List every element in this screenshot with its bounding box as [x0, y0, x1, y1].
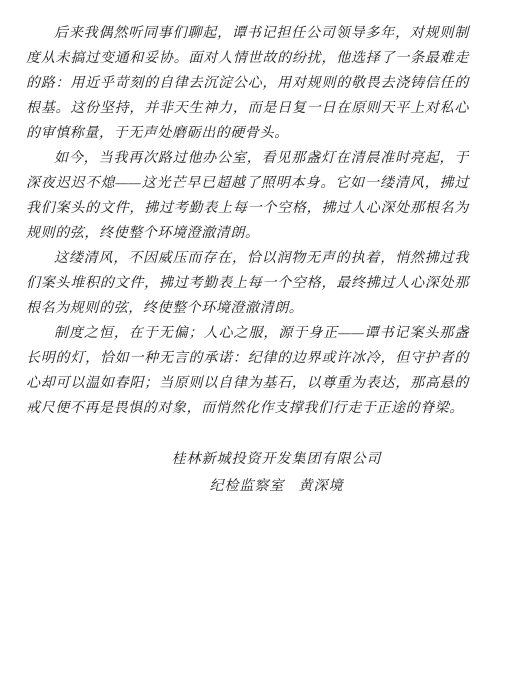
signature-organization: 桂林新城投资开发集团有限公司	[84, 446, 469, 473]
signature-department: 纪检监察室	[210, 479, 285, 494]
paragraph-3: 这缕清风，不因威压而存在，恰以润物无声的执着，悄然拂过我们案头堆积的文件，拂过考…	[26, 246, 469, 321]
document-page: 后来我偶然听同事们聊起，谭书记担任公司领导多年，对规则制度从未搞过变通和妥协。面…	[0, 0, 507, 693]
signature-author: 黄深境	[299, 479, 344, 494]
paragraph-1: 后来我偶然听同事们聊起，谭书记担任公司领导多年，对规则制度从未搞过变通和妥协。面…	[26, 21, 469, 146]
signature-author-line: 纪检监察室黄深境	[84, 473, 469, 500]
signature-block: 桂林新城投资开发集团有限公司 纪检监察室黄深境	[26, 446, 469, 500]
paragraph-2: 如今，当我再次路过他办公室，看见那盏灯在清晨准时亮起，于深夜迟迟不熄——这光芒早…	[26, 146, 469, 246]
paragraph-4: 制度之恒，在于无偏；人心之服，源于身正——谭书记案头那盏长明的灯，恰如一种无言的…	[26, 321, 469, 421]
